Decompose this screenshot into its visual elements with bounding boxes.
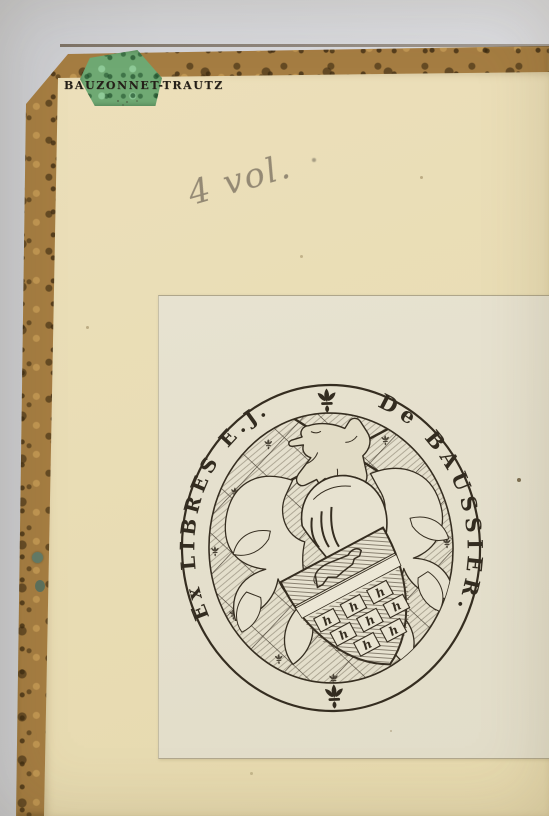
foxing-spot bbox=[517, 478, 521, 482]
book-top-edge-line bbox=[60, 44, 549, 47]
photo-of-book-endpaper: BAUZONNET-TRAUTZ 4 vol. bbox=[0, 0, 549, 816]
foxing-spot bbox=[420, 176, 423, 179]
foxing-spot bbox=[86, 326, 89, 329]
stamp-ink-specks bbox=[117, 100, 119, 102]
leather-stain-spot bbox=[32, 552, 43, 563]
foxing-spot bbox=[390, 730, 392, 732]
pencil-dot bbox=[312, 158, 316, 162]
foxing-spot bbox=[300, 255, 303, 258]
fleur-de-lis-bottom-icon bbox=[325, 684, 344, 709]
bookplate-medallion: Ex LIBRES E.J. De BAUSSIER. bbox=[169, 374, 493, 723]
fleur-de-lis-top-icon bbox=[318, 388, 337, 413]
foxing-spot bbox=[250, 772, 253, 775]
leather-stain-spot bbox=[35, 580, 45, 592]
binder-stamp: BAUZONNET-TRAUTZ bbox=[64, 79, 264, 92]
